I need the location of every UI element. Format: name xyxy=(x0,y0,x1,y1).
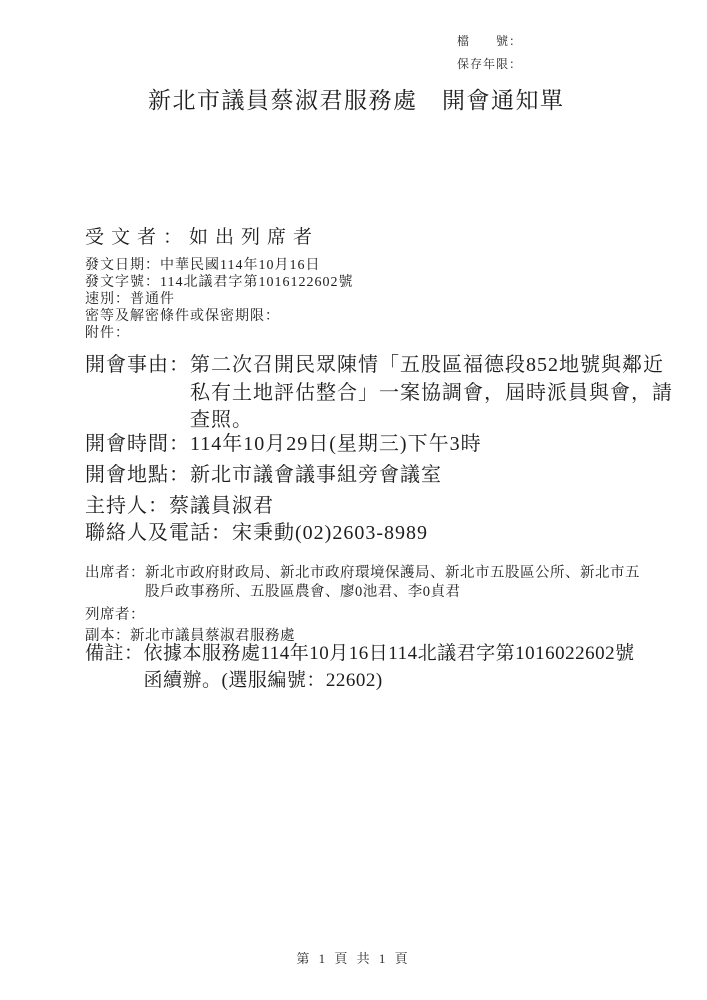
meeting-notice-document: 檔 號： 保存年限： 新北市議員蔡淑君服務處 開會通知單 受文者：如出列席者 發… xyxy=(0,0,707,1000)
meeting-time-value: 114年10月29日(星期三)下午3時 xyxy=(190,431,482,459)
classification-row: 密等及解密條件或保密期限： xyxy=(85,308,353,325)
attendees-observers-label: 列席者： xyxy=(85,606,145,625)
contact-label: 聯絡人及電話： xyxy=(85,520,232,548)
classification-label: 密等及解密條件或保密期限： xyxy=(85,309,280,324)
recipient-label: 受文者： xyxy=(85,227,189,248)
recipient-line: 受文者：如出列席者 xyxy=(85,222,319,249)
remark-value: 依據本服務處114年10月16日114北議君字第1016022602號函續辦。(… xyxy=(144,641,641,694)
attendees-present-row: 出席者： 新北市政府財政局、新北市政府環境保護局、新北市五股區公所、新北市五股戶… xyxy=(85,564,642,601)
remark-row: 備註： 依據本服務處114年10月16日114北議君字第1016022602號函… xyxy=(85,641,641,694)
meeting-place-value: 新北市議會議事組旁會議室 xyxy=(190,462,442,490)
attendees-present-label: 出席者： xyxy=(85,564,145,583)
recipient-value: 如出列席者 xyxy=(189,227,319,248)
doc-number-row: 發文字號：114北議君字第1016122602號 xyxy=(85,274,353,291)
retention-period-label: 保存年限： xyxy=(457,57,522,72)
doc-number-value: 114北議君字第1016122602號 xyxy=(160,275,353,290)
issue-date-value: 中華民國114年10月16日 xyxy=(160,258,320,273)
meeting-host-row: 主持人： 蔡議員淑君 xyxy=(85,493,274,521)
meeting-subject-value: 第二次召開民眾陳情「五股區福德段852地號與鄰近私有土地評估整合」一案協調會，屆… xyxy=(190,352,678,435)
issue-date-row: 發文日期：中華民國114年10月16日 xyxy=(85,257,353,274)
contact-row: 聯絡人及電話： 宋秉動(02)2603-8989 xyxy=(85,520,428,548)
attendees-block: 出席者： 新北市政府財政局、新北市政府環境保護局、新北市五股區公所、新北市五股戶… xyxy=(85,564,642,645)
attendees-present-value: 新北市政府財政局、新北市政府環境保護局、新北市五股區公所、新北市五股戶政事務所、… xyxy=(145,564,642,601)
file-meta-block: 檔 號： 保存年限： xyxy=(457,34,522,72)
file-number-label: 檔 號： xyxy=(457,34,522,49)
attachment-label: 附件： xyxy=(85,326,130,341)
meeting-place-label: 開會地點： xyxy=(85,462,190,490)
meeting-subject-label: 開會事由： xyxy=(85,352,190,380)
meeting-time-row: 開會時間： 114年10月29日(星期三)下午3時 xyxy=(85,431,482,459)
document-title: 新北市議員蔡淑君服務處 開會通知單 xyxy=(148,82,565,115)
document-meta-block: 發文日期：中華民國114年10月16日 發文字號：114北議君字第1016122… xyxy=(85,257,353,342)
attendees-observers-row: 列席者： xyxy=(85,606,642,625)
priority-label: 速別： xyxy=(85,292,130,307)
attachment-row: 附件： xyxy=(85,325,353,342)
issue-date-label: 發文日期： xyxy=(85,258,160,273)
priority-value: 普通件 xyxy=(130,292,175,307)
remark-label: 備註： xyxy=(85,641,144,668)
meeting-host-value: 蔡議員淑君 xyxy=(169,493,274,521)
meeting-subject-row: 開會事由： 第二次召開民眾陳情「五股區福德段852地號與鄰近私有土地評估整合」一… xyxy=(85,352,678,435)
meeting-host-label: 主持人： xyxy=(85,493,169,521)
page-number-footer: 第 1 頁 共 1 頁 xyxy=(0,948,707,967)
meeting-place-row: 開會地點： 新北市議會議事組旁會議室 xyxy=(85,462,442,490)
meeting-time-label: 開會時間： xyxy=(85,431,190,459)
doc-number-label: 發文字號： xyxy=(85,275,160,290)
priority-row: 速別：普通件 xyxy=(85,291,353,308)
contact-value: 宋秉動(02)2603-8989 xyxy=(232,520,428,548)
